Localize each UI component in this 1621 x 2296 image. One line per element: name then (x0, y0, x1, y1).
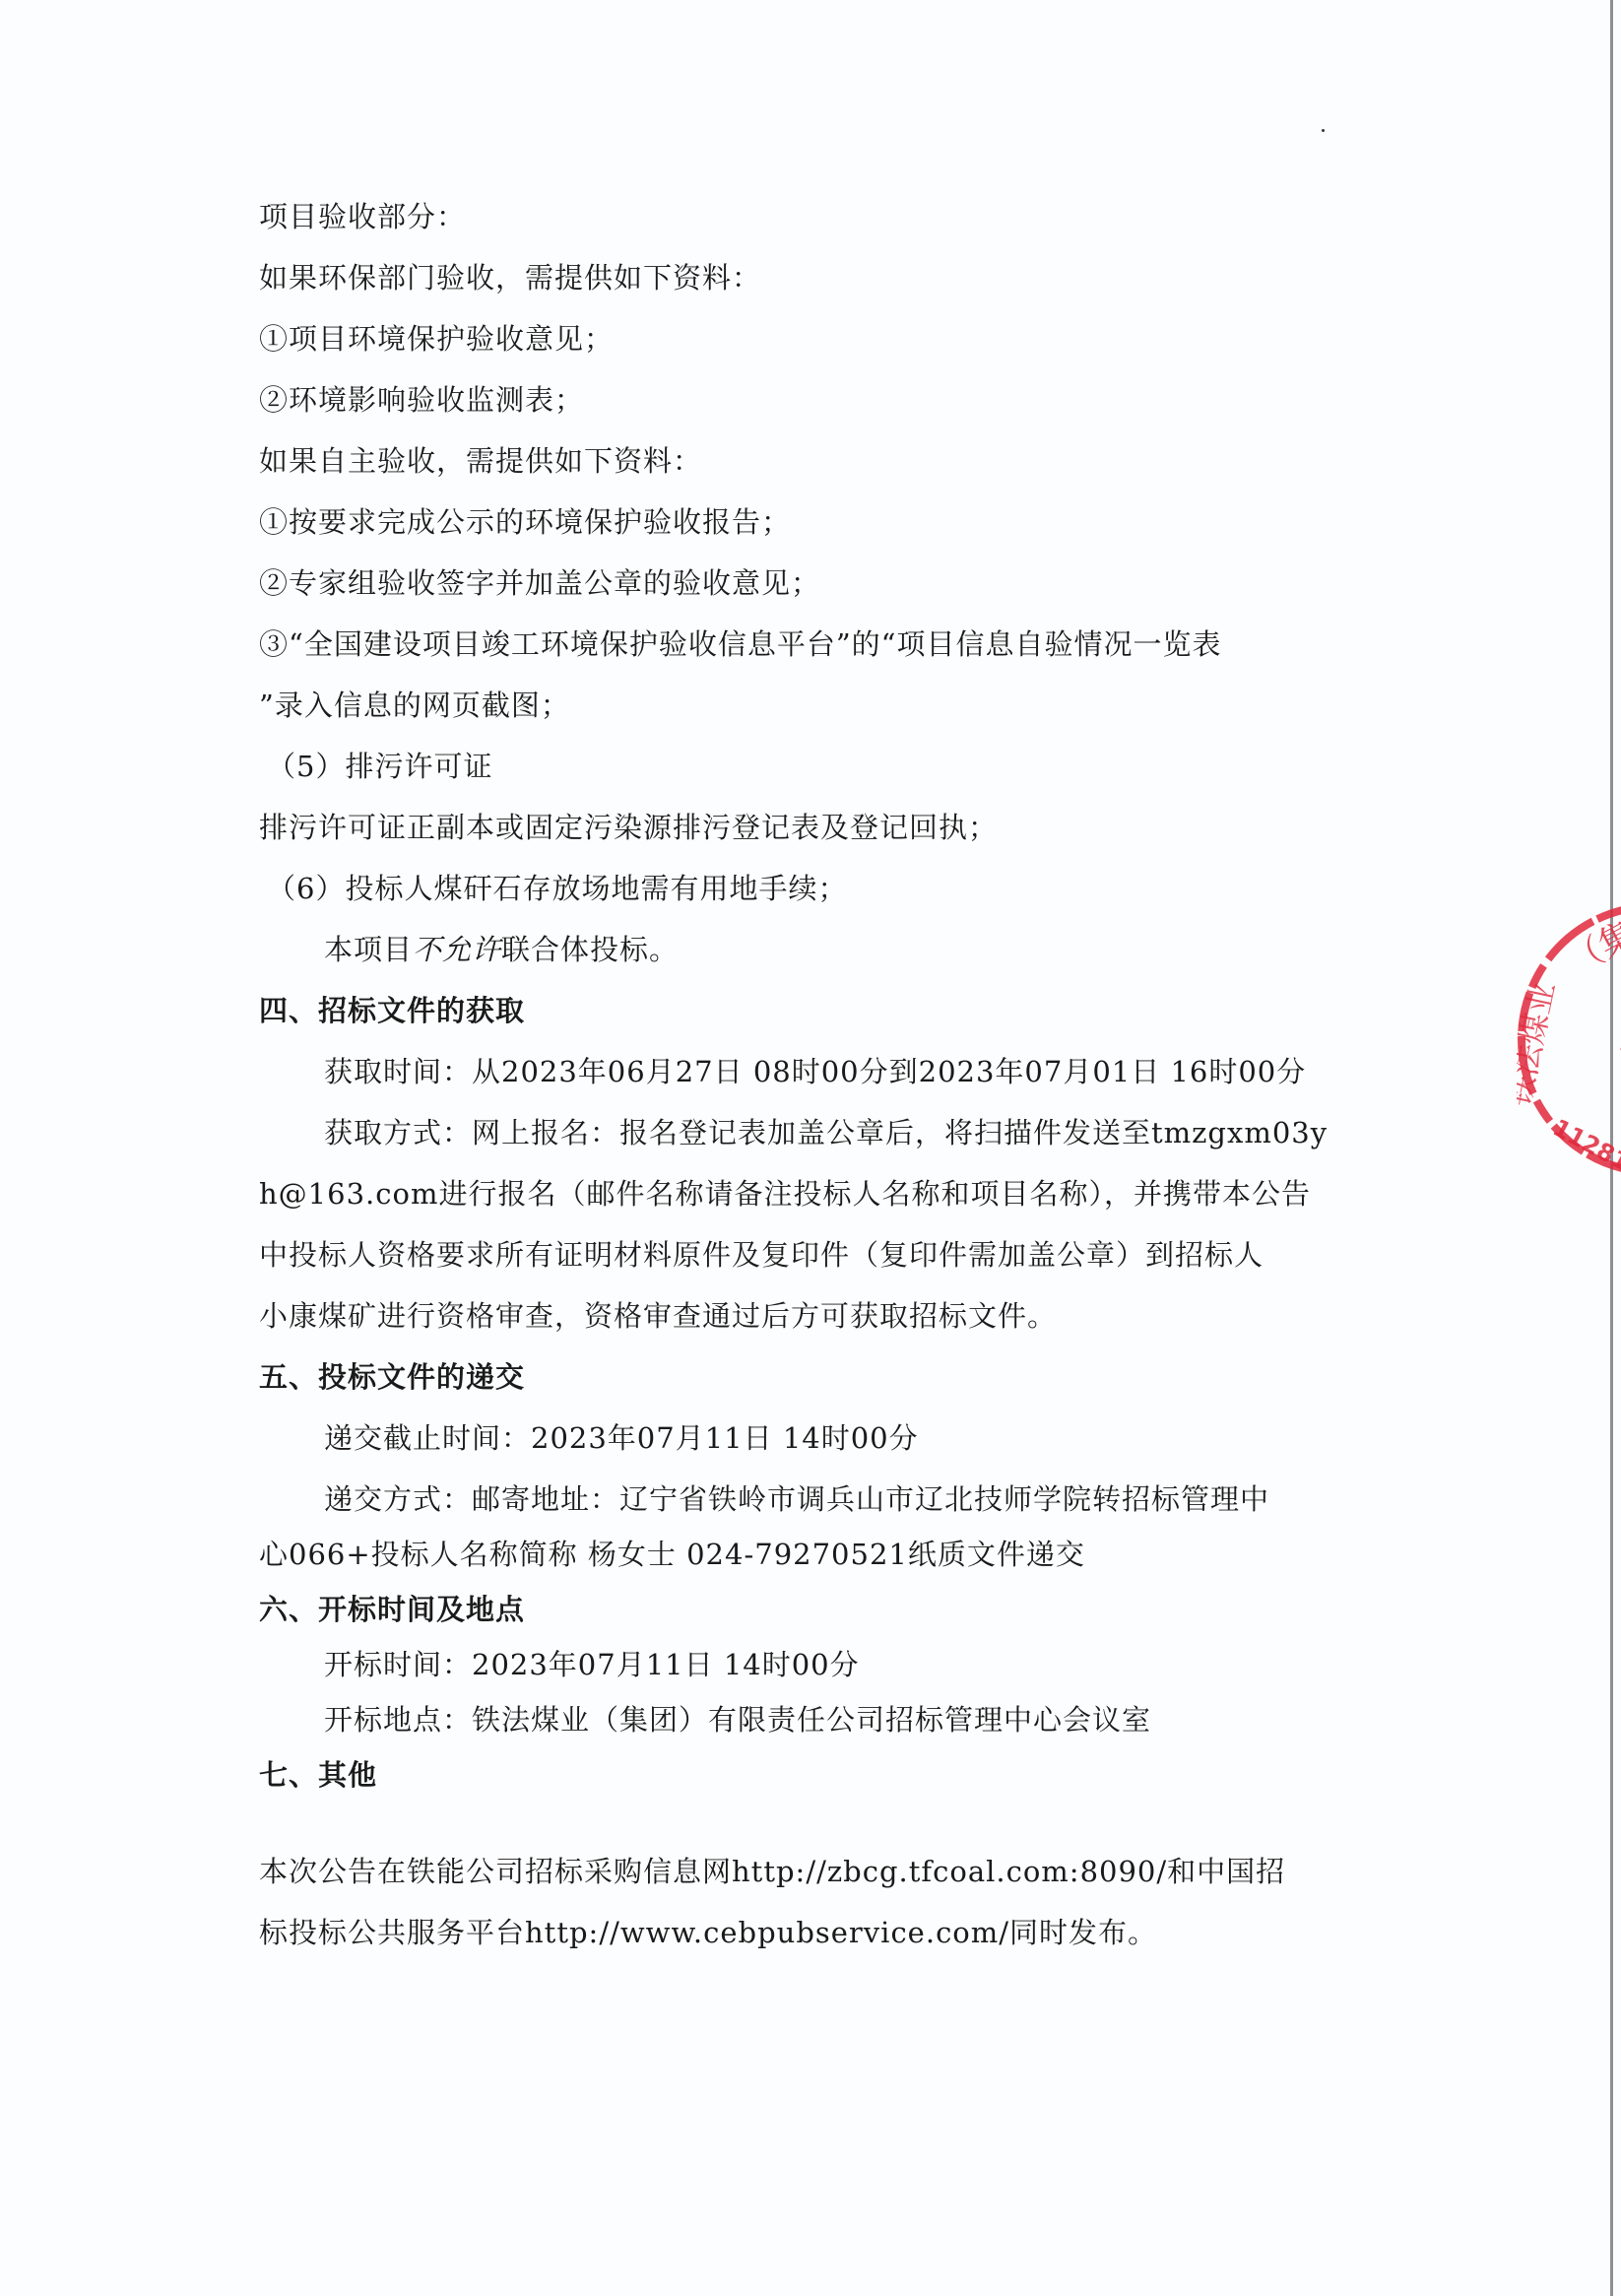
item-6-text: （6）投标人煤矸石存放场地需有用地手续； (267, 869, 847, 908)
env-item-2: ②环境影响验收监测表； (259, 380, 584, 420)
consortium-note-emphasis: 不允许 (413, 933, 501, 966)
section-4-method-2: h@163.com进行报名（邮件名称请备注投标人名称和项目名称），并携带本公告 (259, 1174, 1311, 1214)
scan-edge-line (1610, 0, 1613, 2296)
acceptance-intro: 项目验收部分： (259, 197, 466, 236)
section-4-heading: 四、招标文件的获取 (259, 991, 525, 1030)
seal-arc-text: 铁法煤业 (1517, 979, 1562, 1110)
consortium-note: 本项目不允许联合体投标。 (324, 930, 679, 969)
section-7-notice-1: 本次公告在铁能公司招标采购信息网http://zbcg.tfcoal.com:8… (259, 1852, 1285, 1891)
scan-speck (1322, 129, 1325, 132)
section-4-method-3: 中投标人资格要求所有证明材料原件及复印件（复印件需加盖公章）到招标人 (259, 1235, 1264, 1275)
consortium-note-prefix: 本项目 (324, 933, 413, 966)
section-6-time: 开标时间：2023年07月11日 14时00分 (324, 1645, 860, 1684)
item-5-text: 排污许可证正副本或固定污染源排污登记表及登记回执； (259, 808, 998, 847)
self-item-3-cont: ”录入信息的网页截图； (259, 686, 570, 725)
section-5-heading: 五、投标文件的递交 (259, 1357, 525, 1397)
env-item-1: ①项目环境保护验收意见； (259, 319, 614, 359)
section-6-place: 开标地点：铁法煤业（集团）有限责任公司招标管理中心会议室 (324, 1700, 1151, 1739)
document-page: 项目验收部分： 如果环保部门验收，需提供如下资料： ①项目环境保护验收意见； ②… (0, 0, 1621, 2296)
item-5-heading: （5）排污许可证 (267, 747, 492, 786)
section-4-method-4: 小康煤矿进行资格审查，资格审查通过后方可获取招标文件。 (259, 1296, 1057, 1336)
self-item-3: ③“全国建设项目竣工环境保护验收信息平台”的“项目信息自验情况一览表 (259, 624, 1221, 664)
self-acceptance: 如果自主验收，需提供如下资料： (259, 441, 702, 481)
company-seal-stamp: （集团） 铁法煤业 11281009 (1517, 891, 1621, 1187)
consortium-note-suffix: 联合体投标。 (501, 933, 679, 966)
section-6-heading: 六、开标时间及地点 (259, 1590, 525, 1629)
section-4-method-1: 获取方式：网上报名：报名登记表加盖公章后，将扫描件发送至tmzgxm03y (324, 1113, 1328, 1152)
section-7-heading: 七、其他 (259, 1755, 377, 1795)
section-5-method-1: 递交方式：邮寄地址：辽宁省铁岭市调兵山市辽北技师学院转招标管理中 (324, 1479, 1269, 1519)
env-dept-acceptance: 如果环保部门验收，需提供如下资料： (259, 258, 761, 297)
section-7-notice-2: 标投标公共服务平台http://www.cebpubservice.com/同时… (259, 1913, 1157, 1952)
self-item-2: ②专家组验收签字并加盖公章的验收意见； (259, 563, 820, 603)
section-5-deadline: 递交截止时间：2023年07月11日 14时00分 (324, 1418, 919, 1458)
section-5-method-2: 心066+投标人名称简称 杨女士 024-79270521纸质文件递交 (259, 1535, 1085, 1574)
section-4-time: 获取时间：从2023年06月27日 08时00分到2023年07月01日 16时… (324, 1052, 1306, 1091)
self-item-1: ①按要求完成公示的环境保护验收报告； (259, 502, 791, 542)
